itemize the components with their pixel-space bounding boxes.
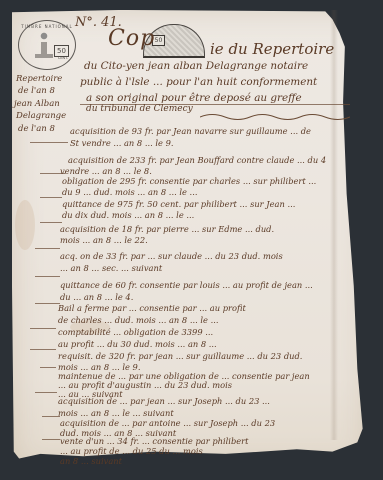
entry-rule	[30, 328, 56, 329]
entry-rule	[35, 392, 57, 393]
entry-line: acquisition de ... par antoine ... sur J…	[60, 418, 275, 428]
entry-line: quittance de 60 fr. consentie par louis …	[60, 280, 313, 290]
entry-rule	[30, 142, 68, 143]
entry-line: requisit. de 320 fr. par jean ... sur gu…	[58, 351, 302, 361]
entry-line: acquisition de 18 fr. par pierre ... sur…	[60, 224, 274, 234]
entry-rule	[40, 197, 62, 198]
entry-line: comptabilité ... obligation de 3399 ...	[58, 327, 213, 337]
header-line: public à l'lsle ... pour l'an huit confo…	[80, 76, 317, 88]
entry-rule	[42, 439, 60, 440]
tax-stamp-oval: TIMBRE NATIONAL 50 CENT.	[18, 20, 76, 70]
entry-line: mois ... an 8 ... le 22.	[60, 235, 148, 245]
entry-line: St vendre ... an 8 ... le 9.	[70, 138, 173, 148]
entry-line: ... au profit de ... du 25 du ... mois	[60, 446, 203, 456]
entry-line: vendre ... an 8 ... le 8.	[60, 166, 152, 176]
entry-line: ... an 8 ... sec. ... suivant	[60, 263, 162, 273]
underline	[80, 104, 350, 105]
entry-line: au profit ... du 30 dud. mois ... an 8 .…	[58, 339, 217, 349]
entry-rule	[40, 367, 56, 368]
header-line: du tribunal de Clemecy	[86, 104, 193, 114]
entry-line: du dix dud. mois ... an 8 ... le ...	[62, 210, 194, 220]
title-part1: Cop	[108, 26, 155, 51]
margin-note: de l'an 8	[18, 124, 55, 134]
entry-line: vente d'un ... 34 fr. ... consentie par …	[60, 436, 248, 446]
margin-note: jean Alban	[14, 99, 60, 109]
entry-rule	[30, 349, 56, 350]
header-line: du Cito-yen jean alban Delagrange notair…	[84, 60, 308, 72]
entry-rule	[42, 416, 60, 417]
entry-rule	[35, 303, 60, 304]
entry-line: acquisition de ... par jean ... sur Jose…	[58, 396, 270, 406]
margin-note: Delagrange	[16, 111, 66, 121]
decorative-flourish	[200, 112, 350, 122]
entry-rule	[40, 222, 62, 223]
margin-note: de l'an 8	[18, 86, 55, 96]
entry-line: quittance de 975 fr. 50 cent. par philib…	[62, 199, 295, 209]
entry-line: an 8 ... suivant	[60, 456, 122, 466]
entry-rule	[35, 248, 60, 249]
entry-rule	[40, 173, 65, 174]
entry-line: mois ... an 8 ... le ... suivant	[58, 408, 174, 418]
stamp-sub: CENT.	[58, 56, 68, 60]
entry-line: acq. on de 33 fr. par ... sur claude ...…	[60, 251, 283, 261]
header-line: a son original pour être deposé au greff…	[86, 92, 302, 104]
entry-rule	[35, 276, 60, 277]
fold-crease	[330, 10, 338, 440]
seated-figure-icon	[33, 30, 55, 60]
entry-line: Bail a ferme par ... consentie par ... a…	[58, 303, 246, 313]
margin-note: Repertoire	[16, 74, 62, 84]
title-part2: ie du Repertoire	[210, 40, 334, 58]
entry-line: acquisition de 93 fr. par Jean navarre s…	[70, 126, 311, 136]
entry-line: de charles ... dud. mois ... an 8 ... le…	[58, 315, 218, 325]
entry-line: du 9 ... dud. mois ... an 8 ... le ...	[62, 187, 197, 197]
entry-line: acquisition de 233 fr. par Jean Bouffard…	[68, 155, 326, 165]
paper-stain	[15, 200, 35, 250]
entry-line: obligation de 295 fr. consentie par char…	[62, 176, 316, 186]
entry-line: du ... an 8 ... le 4.	[60, 292, 133, 302]
stamp-legend: TIMBRE NATIONAL	[19, 24, 75, 29]
